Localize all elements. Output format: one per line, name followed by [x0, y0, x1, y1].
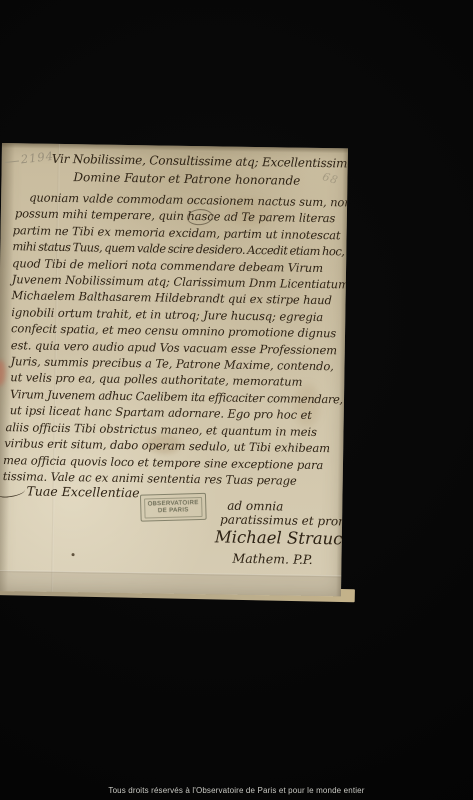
observatoire-stamp: OBSERVATOIRE DE PARIS	[140, 493, 207, 522]
stamp-inner-border: OBSERVATOIRE DE PARIS	[144, 496, 203, 518]
copyright-caption: Tous droits réservés à l'Observatoire de…	[0, 786, 473, 795]
pencil-dash	[5, 160, 19, 162]
letter-page: 2194 68 Vir Nobilissime, Consultissime a…	[0, 143, 348, 596]
closing-formula-line-2: paratissimus et promptus	[220, 512, 348, 528]
catalog-number: 2194	[20, 149, 55, 166]
signature-title: Mathem. P.P.	[232, 551, 312, 567]
pen-flourish	[0, 489, 26, 498]
letter-body: quoniam valde commodam occasionem nactus…	[9, 189, 348, 490]
valediction-text: Tuae Excellentiae	[26, 483, 139, 500]
stamp-text-line-2: DE PARIS	[158, 507, 189, 515]
valediction: Tuae Excellentiae	[26, 483, 139, 500]
salutation-line-1: Vir Nobilissime, Consultissime atq; Exce…	[52, 152, 348, 171]
salutation-line-2: Domine Fautor et Patrone honorande	[73, 170, 300, 188]
ink-speck	[72, 553, 75, 556]
archive-scan-frame: 2194 68 Vir Nobilissime, Consultissime a…	[0, 0, 473, 800]
signature: Michael Strauch	[215, 527, 348, 548]
closing-formula-line-1: ad omnia	[227, 499, 283, 514]
folio-number-pencil: 68	[321, 170, 340, 187]
